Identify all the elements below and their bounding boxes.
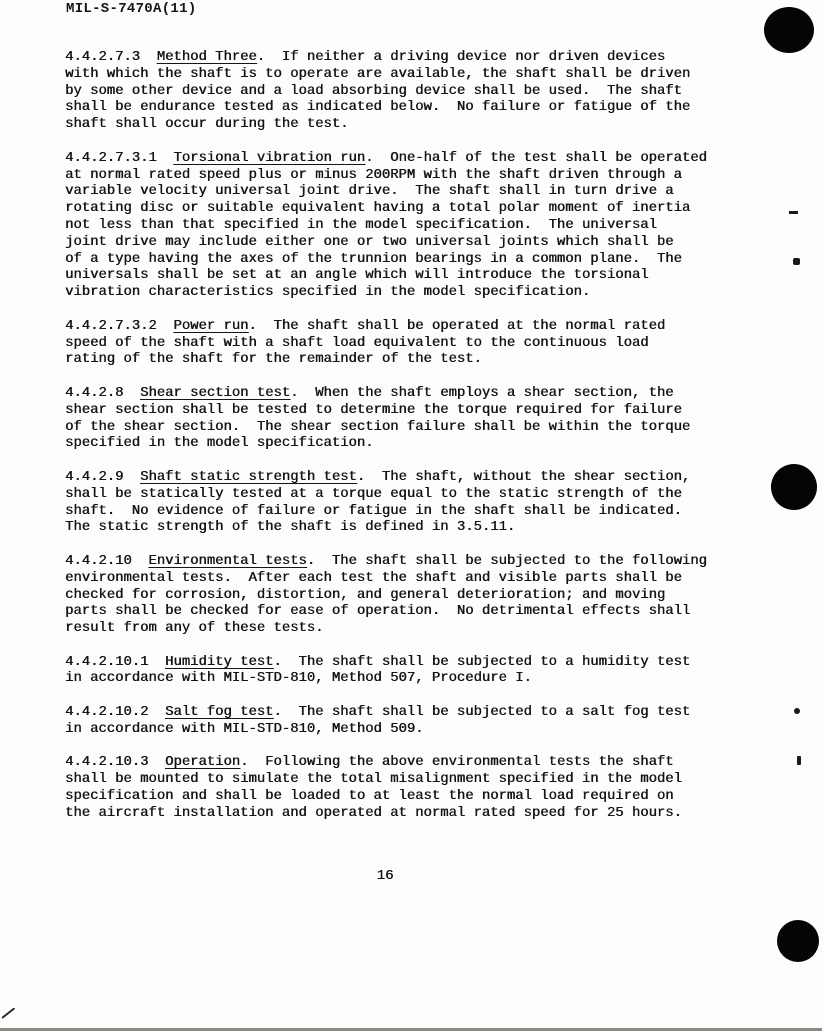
clause-title: Torsional vibration run	[173, 150, 365, 166]
spec-paragraph: 4.4.2.10.1 Humidity test. The shaft shal…	[65, 654, 765, 688]
spec-paragraph: 4.4.2.8 Shear section test. When the sha…	[65, 385, 765, 452]
clause-title: Shear section test	[140, 385, 290, 401]
spec-paragraph: 4.4.2.9 Shaft static strength test. The …	[65, 469, 765, 536]
scan-speck-tick	[797, 756, 801, 765]
pen-slash-mark	[1, 1007, 15, 1018]
clause-number: 4.4.2.10.1	[65, 654, 165, 670]
scan-speck-dot	[794, 708, 800, 714]
clause-number: 4.4.2.10.2	[65, 704, 165, 720]
clause-title: Environmental tests	[148, 553, 306, 569]
clause-title: Humidity test	[165, 654, 273, 670]
clause-number: 4.4.2.7.3	[65, 49, 157, 65]
clause-number: 4.4.2.10.3	[65, 754, 165, 770]
clause-title: Shaft static strength test	[140, 469, 357, 485]
clause-title: Operation	[165, 754, 240, 770]
clause-text: . One-half of the test shall be operated…	[65, 150, 707, 300]
clause-number: 4.4.2.10	[65, 553, 148, 569]
document-page: MIL-S-7470A(11) 4.4.2.7.3 Method Three. …	[0, 0, 822, 1031]
document-id: MIL-S-7470A(11)	[66, 1, 197, 18]
clause-title: Power run	[173, 318, 248, 334]
clause-title: Salt fog test	[165, 704, 273, 720]
clause-number: 4.4.2.9	[65, 469, 140, 485]
spec-paragraph: 4.4.2.10.3 Operation. Following the abov…	[65, 754, 765, 821]
scan-speck-dot	[793, 258, 800, 265]
spec-paragraph: 4.4.2.7.3.1 Torsional vibration run. One…	[65, 150, 765, 301]
punch-hole-mark-middle	[771, 464, 817, 510]
clause-number: 4.4.2.8	[65, 385, 140, 401]
spec-paragraph: 4.4.2.10 Environmental tests. The shaft …	[65, 553, 765, 637]
scan-speck-dash	[789, 211, 798, 214]
punch-hole-mark-top	[764, 7, 814, 53]
spec-paragraph: 4.4.2.7.3 Method Three. If neither a dri…	[65, 49, 765, 133]
document-body: 4.4.2.7.3 Method Three. If neither a dri…	[65, 19, 765, 885]
punch-hole-mark-bottom	[777, 920, 819, 962]
spec-paragraph: 4.4.2.7.3.2 Power run. The shaft shall b…	[65, 318, 765, 368]
clause-number: 4.4.2.7.3.1	[65, 150, 173, 166]
clause-title: Method Three	[157, 49, 257, 65]
spec-paragraph: 4.4.2.10.2 Salt fog test. The shaft shal…	[65, 704, 765, 738]
clause-number: 4.4.2.7.3.2	[65, 318, 173, 334]
page-number: 16	[65, 868, 705, 885]
